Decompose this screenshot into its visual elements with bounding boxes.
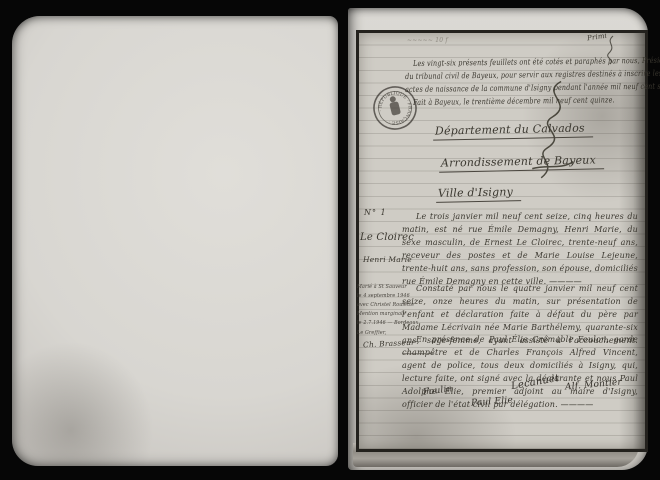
left-blank-page xyxy=(12,16,338,466)
register-page: ~~~~~ 10 f Primi Les vingt-six présents … xyxy=(356,30,648,452)
act-paragraph-1: Le trois janvier mil neuf cent seize, ci… xyxy=(402,210,638,288)
header-arrondissement: Arrondissement de Bayeux xyxy=(439,153,604,172)
header-departement: Département du Calvados xyxy=(433,121,593,140)
mention-line: Le Greffier, xyxy=(357,329,386,338)
page-smudge xyxy=(12,286,208,466)
act-paragraph-3: En présence de Paul Élie Crémable Foulon… xyxy=(402,333,638,411)
mention-line: Mention marginale xyxy=(357,310,406,319)
mention-line: Marié à St Sauveur xyxy=(357,283,407,292)
act-number: N° 1 xyxy=(364,208,387,217)
marianne-figure xyxy=(389,101,401,116)
pencil-note: ~~~~~ 10 f xyxy=(407,37,448,44)
register-photo-scene: ~~~~~ 10 f Primi Les vingt-six présents … xyxy=(0,0,660,480)
right-page-photo: ~~~~~ 10 f Primi Les vingt-six présents … xyxy=(348,8,648,470)
header-ville: Ville d'Isigny xyxy=(436,185,521,203)
